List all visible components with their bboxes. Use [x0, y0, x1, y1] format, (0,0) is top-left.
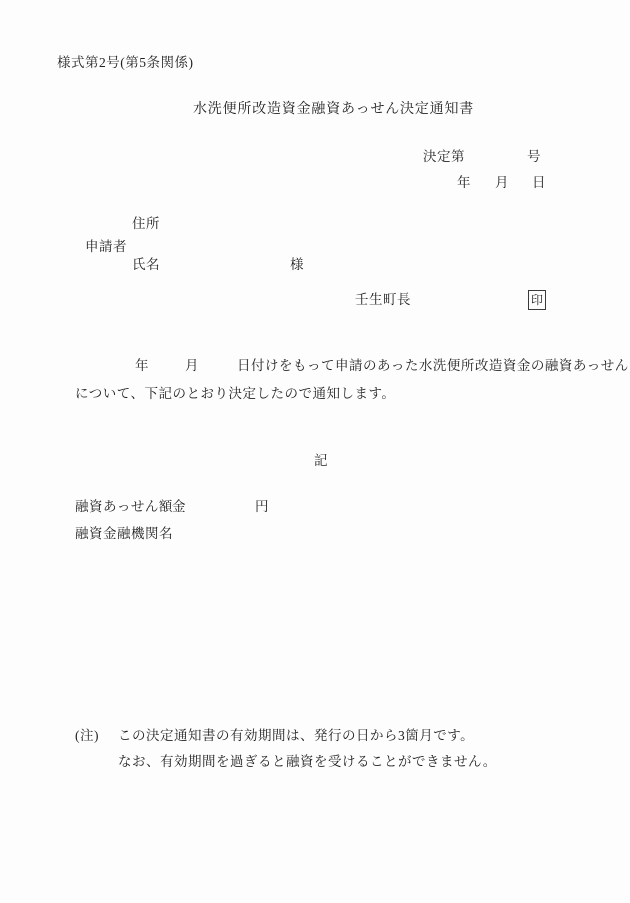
decision-number-unit: 号 [527, 150, 541, 164]
date-year-label: 年 [457, 176, 471, 190]
note-line1: この決定通知書の有効期間は、発行の日から3箇月です。 [118, 729, 474, 743]
applicant-honorific: 様 [290, 258, 304, 272]
applicant-address-label: 住所 [132, 217, 160, 231]
body-year-label: 年 [135, 359, 149, 373]
document-title: 水洗便所改造資金融資あっせん決定通知書 [193, 103, 474, 117]
body-line1: 日付けをもって申請のあった水洗便所改造資金の融資あっせん [237, 359, 629, 373]
body-line2: について、下記のとおり決定したので通知します。 [75, 387, 395, 401]
document-page: 様式第2号(第5条関係) 水洗便所改造資金融資あっせん決定通知書 決定第 号 年… [0, 0, 630, 903]
form-number: 様式第2号(第5条関係) [57, 56, 194, 70]
record-heading: 記 [314, 454, 328, 468]
date-month-label: 月 [495, 176, 509, 190]
date-day-label: 日 [532, 176, 546, 190]
applicant-name-label: 氏名 [132, 258, 160, 272]
applicant-label: 申請者 [85, 240, 127, 254]
loan-institution-label: 融資金融機関名 [75, 527, 173, 541]
body-month-label: 月 [185, 359, 199, 373]
loan-amount-label: 融資あっせん額 [75, 500, 173, 514]
seal-placeholder: 印 [528, 290, 546, 310]
decision-number-label: 決定第 [423, 150, 465, 164]
loan-amount-unit: 円 [255, 500, 269, 514]
note-line2: なお、有効期間を過ぎると融資を受けることができません。 [118, 755, 497, 769]
issuer-title: 壬生町長 [355, 293, 411, 307]
note-label: (注) [75, 729, 99, 743]
loan-amount-prefix: 金 [172, 500, 186, 514]
